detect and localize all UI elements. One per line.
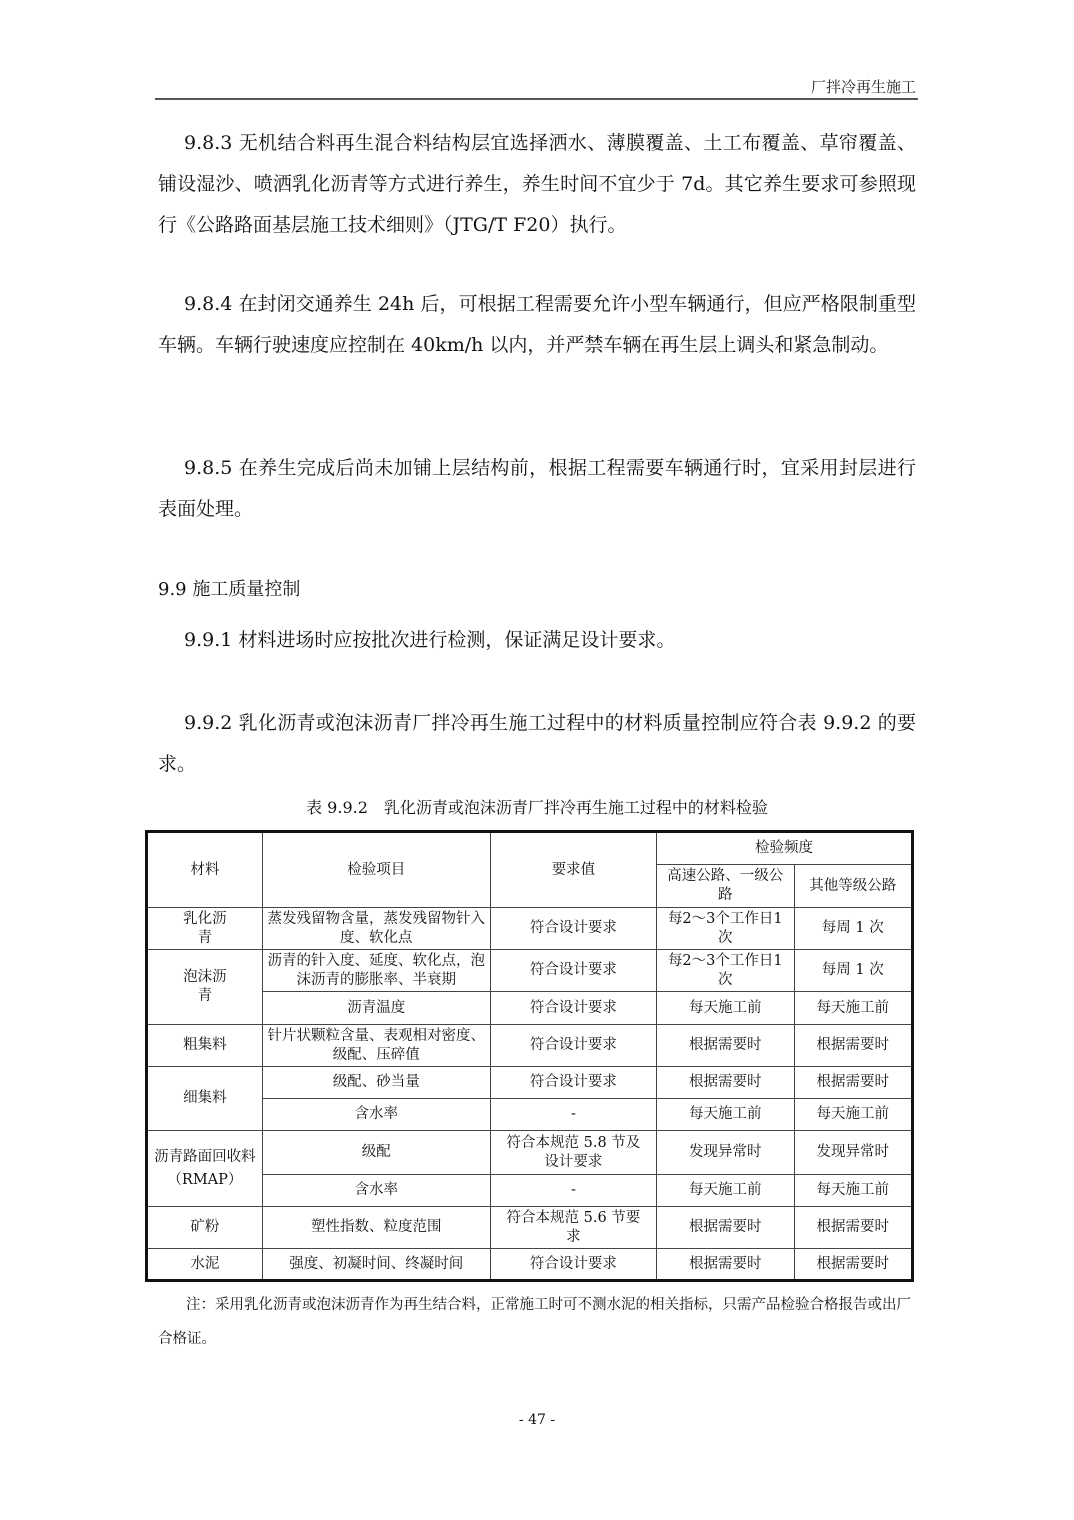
cell-requirement: - xyxy=(490,1175,656,1207)
cell-item: 针片状颗粒含量、表观相对密度、级配、压碎值 xyxy=(262,1025,490,1067)
cell-item: 级配 xyxy=(262,1131,490,1175)
paragraph-text: 9.9.2 乳化沥青或泡沫沥青厂拌冷再生施工过程中的材料质量控制应符合表 9.9… xyxy=(158,712,916,775)
cell-material: 粗集料 xyxy=(147,1025,263,1067)
cell-item: 沥青温度 xyxy=(262,992,490,1025)
cell-material: 细集料 xyxy=(147,1067,263,1131)
cell-freq-other: 每周 1 次 xyxy=(794,908,913,950)
cell-item: 蒸发残留物含量，蒸发残留物针入度、软化点 xyxy=(262,908,490,950)
header-item: 检验项目 xyxy=(262,832,490,908)
cell-freq-highway: 每2～3个工作日1次 xyxy=(657,950,794,992)
cell-item: 含水率 xyxy=(262,1099,490,1131)
cell-material: 水泥 xyxy=(147,1249,263,1281)
cell-material: 沥青路面回收料（RMAP） xyxy=(147,1131,263,1207)
table-row: 含水率 - 每天施工前 每天施工前 xyxy=(147,1175,913,1207)
paragraph-9-8-4: 9.8.4 在封闭交通养生 24h 后，可根据工程需要允许小型车辆通行，但应严格… xyxy=(158,284,916,366)
cell-freq-other: 每天施工前 xyxy=(794,992,913,1025)
table-row: 沥青路面回收料（RMAP） 级配 符合本规范 5.8 节及设计要求 发现异常时 … xyxy=(147,1131,913,1175)
paragraph-text: 9.8.5 在养生完成后尚未加铺上层结构前，根据工程需要车辆通行时，宜采用封层进… xyxy=(158,457,916,520)
table-row: 泡沫沥青 沥青的针入度、延度、软化点，泡沫沥青的膨胀率、半衰期 符合设计要求 每… xyxy=(147,950,913,992)
table-row: 粗集料 针片状颗粒含量、表观相对密度、级配、压碎值 符合设计要求 根据需要时 根… xyxy=(147,1025,913,1067)
paragraph-9-9-1: 9.9.1 材料进场时应按批次进行检测，保证满足设计要求。 xyxy=(158,620,916,661)
table-row: 细集料 级配、砂当量 符合设计要求 根据需要时 根据需要时 xyxy=(147,1067,913,1099)
cell-freq-highway: 根据需要时 xyxy=(657,1025,794,1067)
table-row: 含水率 - 每天施工前 每天施工前 xyxy=(147,1099,913,1131)
table-row: 沥青温度 符合设计要求 每天施工前 每天施工前 xyxy=(147,992,913,1025)
cell-freq-highway: 每天施工前 xyxy=(657,1175,794,1207)
cell-item: 含水率 xyxy=(262,1175,490,1207)
cell-requirement: 符合设计要求 xyxy=(490,908,656,950)
cell-freq-highway: 每2～3个工作日1次 xyxy=(657,908,794,950)
cell-freq-other: 每天施工前 xyxy=(794,1099,913,1131)
table-row: 矿粉 塑性指数、粒度范围 符合本规范 5.6 节要求 根据需要时 根据需要时 xyxy=(147,1207,913,1249)
header-frequency: 检验频度 xyxy=(657,832,913,865)
cell-requirement: 符合设计要求 xyxy=(490,1025,656,1067)
cell-freq-highway: 发现异常时 xyxy=(657,1131,794,1175)
cell-freq-other: 每天施工前 xyxy=(794,1175,913,1207)
table-header-row: 材料 检验项目 要求值 检验频度 xyxy=(147,832,913,865)
cell-requirement: 符合设计要求 xyxy=(490,992,656,1025)
cell-item: 强度、初凝时间、终凝时间 xyxy=(262,1249,490,1281)
cell-requirement: 符合设计要求 xyxy=(490,950,656,992)
cell-requirement: 符合设计要求 xyxy=(490,1067,656,1099)
note-text: 注：采用乳化沥青或泡沫沥青作为再生结合料，正常施工时可不测水泥的相关指标，只需产… xyxy=(158,1297,911,1347)
table-row: 乳化沥青 蒸发残留物含量，蒸发残留物针入度、软化点 符合设计要求 每2～3个工作… xyxy=(147,908,913,950)
cell-freq-highway: 每天施工前 xyxy=(657,1099,794,1131)
cell-requirement: 符合本规范 5.6 节要求 xyxy=(490,1207,656,1249)
cell-material: 矿粉 xyxy=(147,1207,263,1249)
cell-material: 乳化沥青 xyxy=(147,908,263,950)
cell-freq-other: 发现异常时 xyxy=(794,1131,913,1175)
paragraph-9-8-5: 9.8.5 在养生完成后尚未加铺上层结构前，根据工程需要车辆通行时，宜采用封层进… xyxy=(158,448,916,530)
header-freq-highway: 高速公路、一级公路 xyxy=(657,865,794,908)
header-rule xyxy=(155,98,918,100)
paragraph-9-9-2: 9.9.2 乳化沥青或泡沫沥青厂拌冷再生施工过程中的材料质量控制应符合表 9.9… xyxy=(158,703,916,785)
section-heading: 9.9 施工质量控制 xyxy=(158,575,300,601)
table-row: 水泥 强度、初凝时间、终凝时间 符合设计要求 根据需要时 根据需要时 xyxy=(147,1249,913,1281)
cell-item: 级配、砂当量 xyxy=(262,1067,490,1099)
cell-requirement: - xyxy=(490,1099,656,1131)
header-freq-other: 其他等级公路 xyxy=(794,865,913,908)
table-note: 注：采用乳化沥青或泡沫沥青作为再生结合料，正常施工时可不测水泥的相关指标，只需产… xyxy=(158,1288,918,1356)
cell-requirement: 符合设计要求 xyxy=(490,1249,656,1281)
paragraph-text: 9.9.1 材料进场时应按批次进行检测，保证满足设计要求。 xyxy=(184,629,675,651)
table-title: 表 9.9.2 乳化沥青或泡沫沥青厂拌冷再生施工过程中的材料检验 xyxy=(0,795,1074,818)
header-requirement: 要求值 xyxy=(490,832,656,908)
cell-freq-highway: 根据需要时 xyxy=(657,1067,794,1099)
page-number: - 47 - xyxy=(0,1412,1074,1428)
cell-freq-other: 每周 1 次 xyxy=(794,950,913,992)
document-page: 厂拌冷再生施工 9.8.3 无机结合料再生混合料结构层宜选择洒水、薄膜覆盖、土工… xyxy=(0,0,1074,1520)
cell-item: 塑性指数、粒度范围 xyxy=(262,1207,490,1249)
cell-freq-highway: 每天施工前 xyxy=(657,992,794,1025)
paragraph-9-8-3: 9.8.3 无机结合料再生混合料结构层宜选择洒水、薄膜覆盖、土工布覆盖、草帘覆盖… xyxy=(158,123,916,246)
header-material: 材料 xyxy=(147,832,263,908)
running-header: 厂拌冷再生施工 xyxy=(811,76,916,97)
cell-freq-highway: 根据需要时 xyxy=(657,1207,794,1249)
material-inspection-table: 材料 检验项目 要求值 检验频度 高速公路、一级公路 其他等级公路 乳化沥青 蒸… xyxy=(145,830,914,1282)
cell-material: 泡沫沥青 xyxy=(147,950,263,1025)
cell-freq-highway: 根据需要时 xyxy=(657,1249,794,1281)
cell-item: 沥青的针入度、延度、软化点，泡沫沥青的膨胀率、半衰期 xyxy=(262,950,490,992)
cell-requirement: 符合本规范 5.8 节及设计要求 xyxy=(490,1131,656,1175)
cell-freq-other: 根据需要时 xyxy=(794,1025,913,1067)
paragraph-text: 9.8.3 无机结合料再生混合料结构层宜选择洒水、薄膜覆盖、土工布覆盖、草帘覆盖… xyxy=(158,132,916,236)
paragraph-text: 9.8.4 在封闭交通养生 24h 后，可根据工程需要允许小型车辆通行，但应严格… xyxy=(158,293,916,356)
cell-freq-other: 根据需要时 xyxy=(794,1207,913,1249)
cell-freq-other: 根据需要时 xyxy=(794,1249,913,1281)
cell-freq-other: 根据需要时 xyxy=(794,1067,913,1099)
